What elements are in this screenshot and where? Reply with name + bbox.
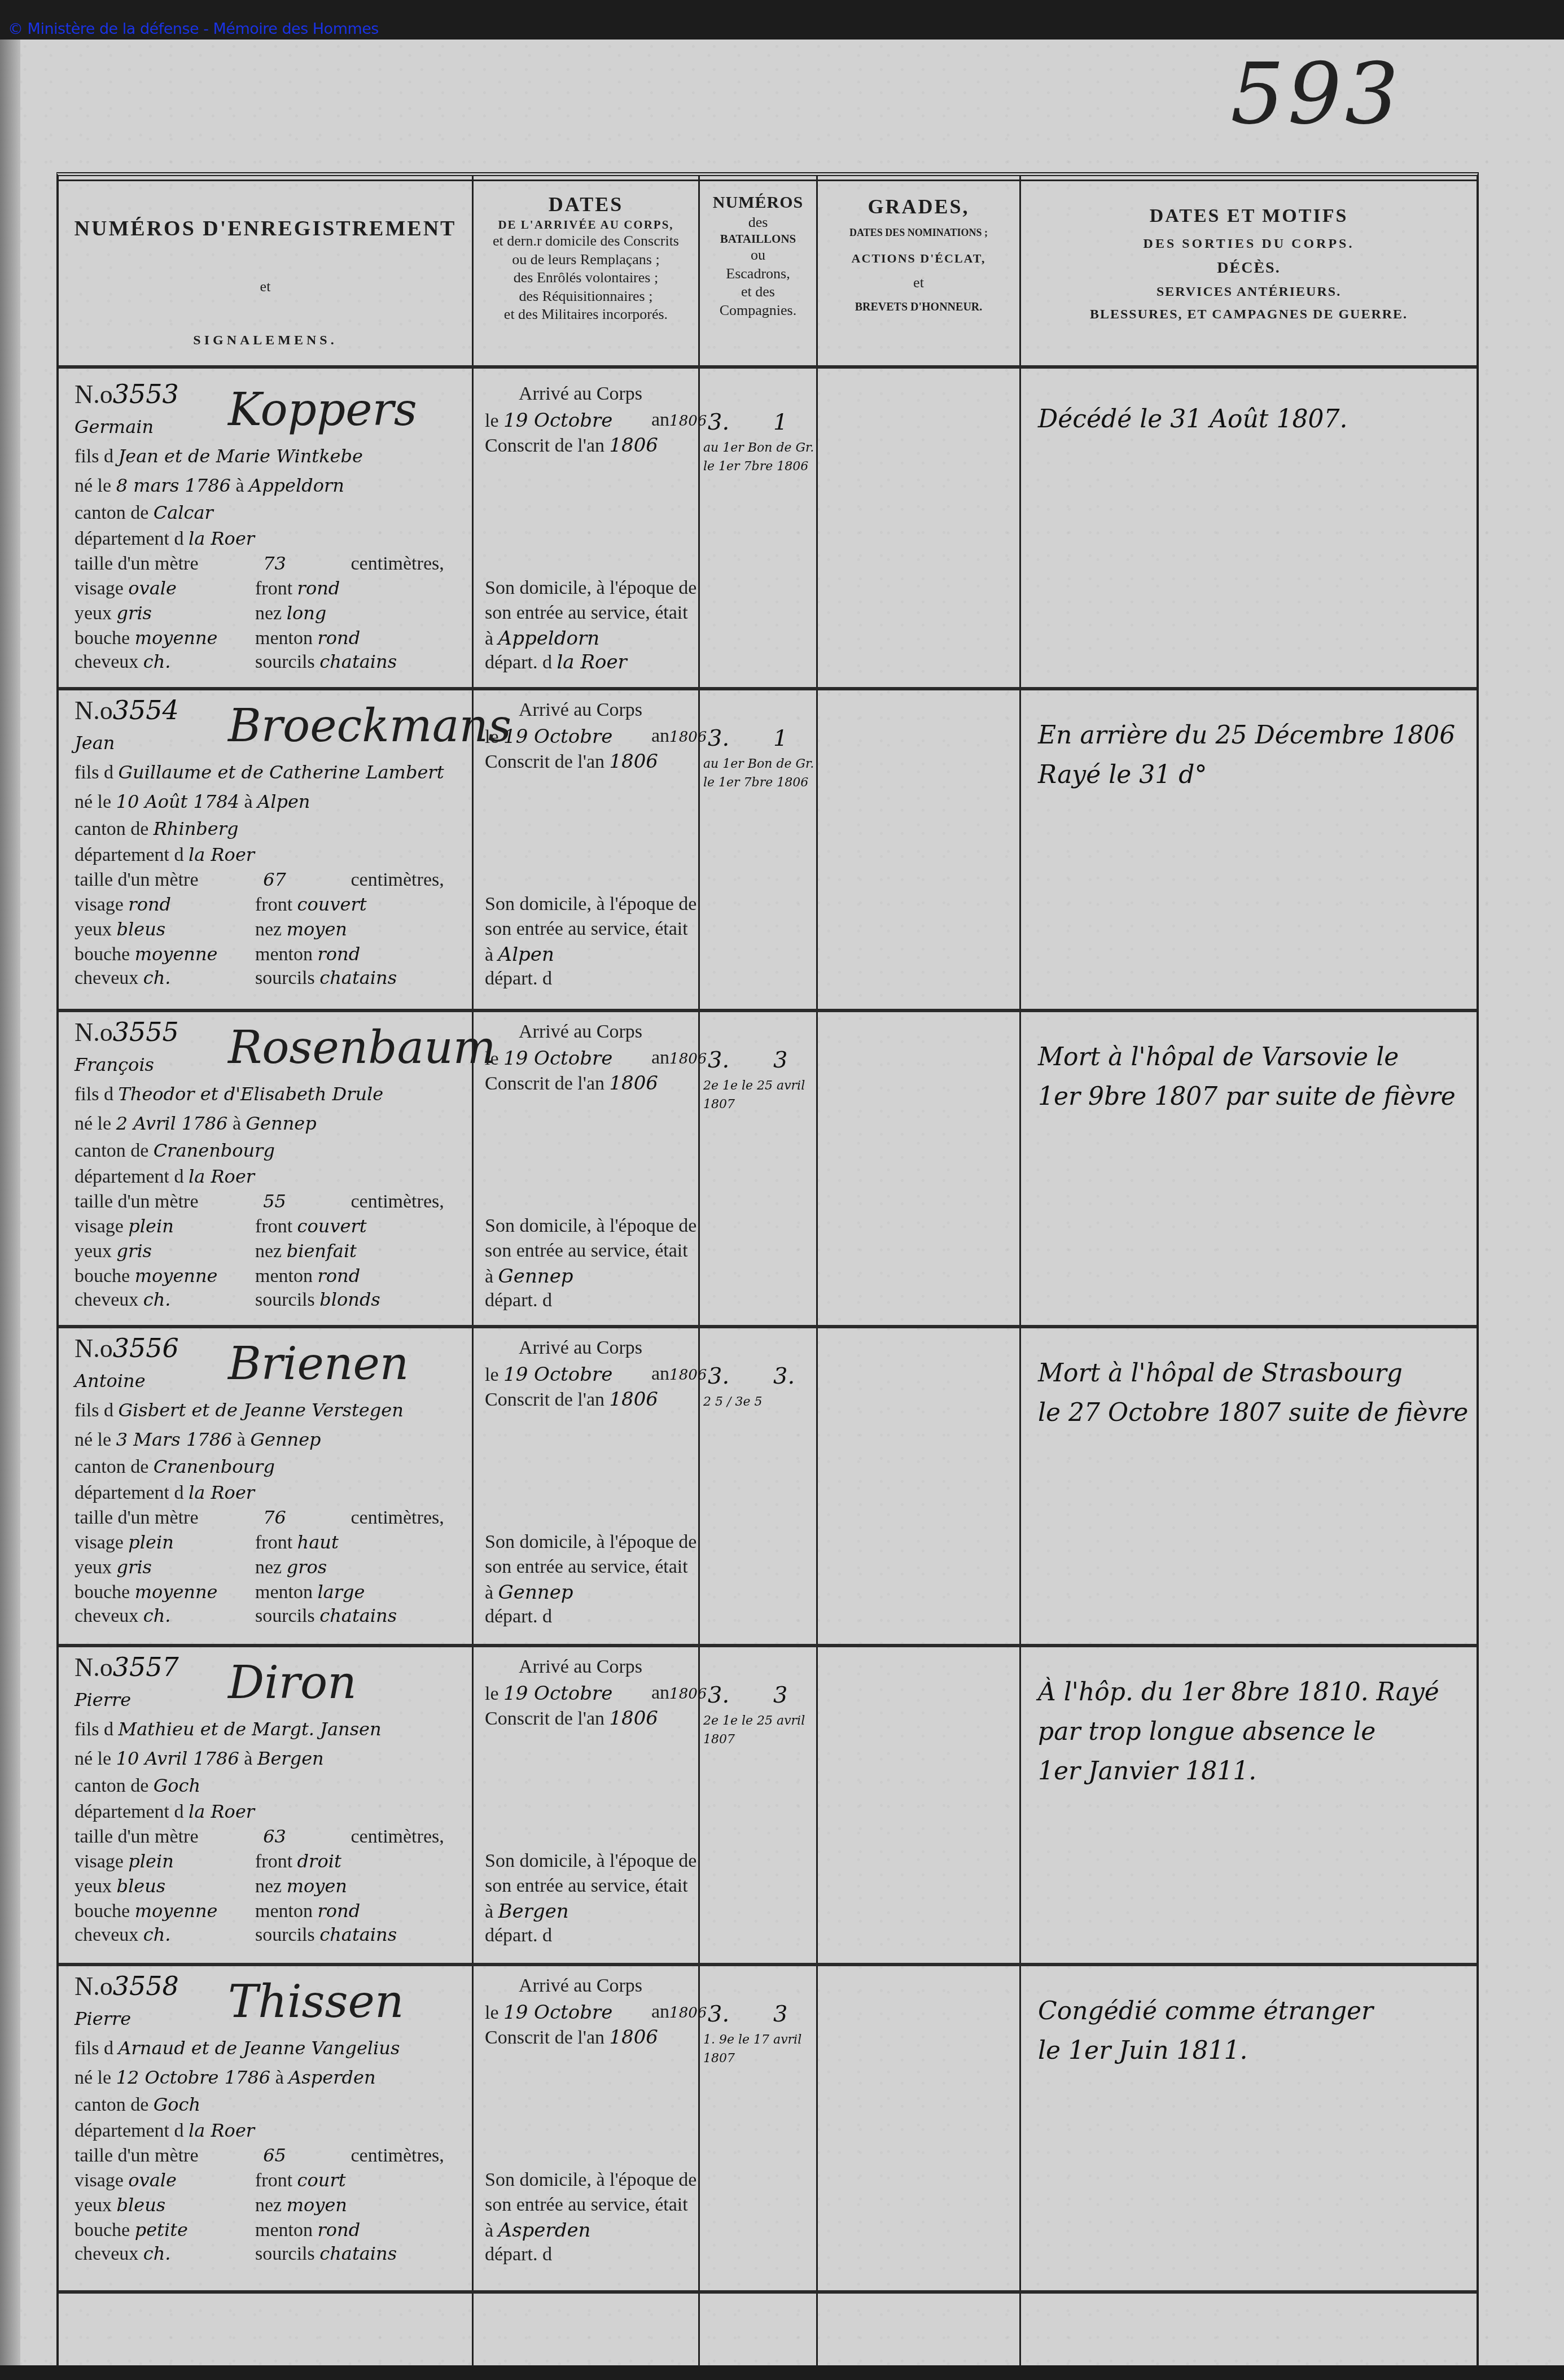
arrival-date: le 19 Octobrean1806	[485, 2001, 612, 2024]
arrival-dates-cell: Arrivé au Corps le 19 Octobrean1806 Cons…	[474, 1963, 698, 2290]
registration-number: N.o3553	[75, 379, 179, 409]
signalement-cell: N.o3557 Diron Pierre fils d Mathieu et d…	[59, 1644, 472, 1963]
exit-note-line: Congédié comme étranger	[1038, 1997, 1373, 2025]
departement-line: département d la Roer	[75, 844, 255, 866]
grades-cell	[818, 371, 1019, 687]
domicile-label-2: son entrée au service, était	[485, 2194, 688, 2216]
header-text: SERVICES ANTÉRIEURS.	[1021, 283, 1477, 300]
header-title: DATES ET MOTIFS	[1021, 204, 1477, 229]
arrival-label: Arrivé au Corps	[519, 699, 642, 721]
first-name: Pierre	[75, 2008, 131, 2029]
bouche-menton-line: bouche moyennementon rond	[75, 1900, 458, 1922]
exit-note-line: Décédé le 31 Août 1807.	[1038, 405, 1348, 434]
exit-note-line: En arrière du 25 Décembre 1806	[1038, 721, 1455, 750]
header-text: ou	[700, 246, 816, 265]
canton-line: canton de Goch	[75, 2094, 200, 2116]
company-number: 3	[773, 2001, 787, 2027]
canton-line: canton de Cranenbourg	[75, 1140, 275, 1162]
grades-cell	[818, 687, 1019, 1009]
birth-line: né le 10 Avril 1786 à Bergen	[75, 1748, 324, 1770]
yeux-nez-line: yeux grisnez gros	[75, 1556, 458, 1578]
parents-line: fils d Jean et de Marie Wintkebe	[75, 445, 363, 467]
yeux-nez-line: yeux grisnez long	[75, 602, 458, 624]
birth-line: né le 8 mars 1786 à Appeldorn	[75, 475, 344, 497]
header-text: Escadrons,	[700, 265, 816, 283]
header-col-exit: DATES ET MOTIFS DES SORTIES DU CORPS. DÉ…	[1021, 182, 1477, 365]
signalement-cell: N.o3553 Koppers Germain fils d Jean et d…	[59, 371, 472, 687]
copyright-watermark: © Ministère de la défense - Mémoire des …	[8, 20, 379, 38]
registration-number: N.o3555	[75, 1017, 179, 1047]
first-name: Antoine	[75, 1370, 146, 1392]
departement-line: département d la Roer	[75, 1482, 255, 1504]
arrival-label: Arrivé au Corps	[519, 1656, 642, 1678]
header-col-dates: DATES DE L'ARRIVÉE AU CORPS, et dern.r d…	[474, 182, 698, 365]
header-text: et des	[700, 283, 816, 301]
canton-line: canton de Cranenbourg	[75, 1456, 275, 1478]
header-title: DATES	[474, 192, 698, 217]
cheveux-sourcils-line: cheveux ch.sourcils chatains	[75, 2243, 458, 2265]
domicile-place: à Gennep	[485, 1581, 573, 1604]
battalion-number: 3.	[708, 409, 729, 435]
cheveux-sourcils-line: cheveux ch.sourcils chatains	[75, 967, 458, 989]
header-text: DES SORTIES DU CORPS.	[1021, 235, 1477, 252]
conscript-year: Conscrit de l'an 1806	[485, 750, 658, 773]
height-line: taille d'un mètre67centimètres,	[75, 869, 444, 891]
domicile-label-1: Son domicile, à l'époque de	[485, 1532, 696, 1553]
domicile-label-2: son entrée au service, était	[485, 602, 688, 624]
exit-motives-cell: Mort à l'hôpal de Strasbourg le 27 Octob…	[1021, 1325, 1477, 1644]
exit-note-line: par trop longue absence le	[1038, 1717, 1375, 1746]
register-entry: N.o3557 Diron Pierre fils d Mathieu et d…	[59, 1644, 1477, 1966]
registration-number: N.o3556	[75, 1333, 179, 1363]
header-text: et	[818, 274, 1019, 292]
domicile-dept: départ. d	[485, 1605, 552, 1628]
exit-note-line: 1er Janvier 1811.	[1038, 1757, 1256, 1786]
battalion-number: 3.	[708, 1682, 729, 1708]
arrival-date: le 19 Octobrean1806	[485, 725, 612, 748]
battalion-number: 3.	[708, 2001, 729, 2027]
parents-line: fils d Theodor et d'Elisabeth Drule	[75, 1083, 383, 1105]
domicile-place: à Bergen	[485, 1900, 569, 1923]
domicile-dept: départ. d	[485, 1924, 552, 1946]
visage-front-line: visage rondfront couvert	[75, 894, 458, 916]
unit-transfer-note: 2 5 / 3e 5	[703, 1393, 816, 1411]
unit-transfer-note: au 1er Bon de Gr. le 1er 7bre 1806	[703, 439, 816, 476]
domicile-dept: départ. d	[485, 2243, 552, 2265]
exit-motives-cell: En arrière du 25 Décembre 1806 Rayé le 3…	[1021, 687, 1477, 1009]
signalement-cell: N.o3554 Broeckmans Jean fils d Guillaume…	[59, 687, 472, 1009]
exit-motives-cell: Décédé le 31 Août 1807.	[1021, 371, 1477, 687]
birth-line: né le 10 Août 1784 à Alpen	[75, 791, 310, 813]
exit-motives-cell: À l'hôp. du 1er 8bre 1810. Rayé par trop…	[1021, 1644, 1477, 1963]
unit-transfer-note: 2e 1e le 25 avril 1807	[703, 1712, 816, 1749]
folio-number: 593	[1230, 45, 1402, 143]
arrival-date: le 19 Octobrean1806	[485, 1363, 612, 1386]
height-line: taille d'un mètre76centimètres,	[75, 1507, 444, 1529]
company-number: 1	[773, 725, 787, 751]
grades-cell	[818, 1644, 1019, 1963]
battalion-cell: 3. 1 au 1er Bon de Gr. le 1er 7bre 1806	[700, 687, 816, 1009]
register-entry: N.o3554 Broeckmans Jean fils d Guillaume…	[59, 687, 1477, 1012]
arrival-dates-cell: Arrivé au Corps le 19 Octobrean1806 Cons…	[474, 1644, 698, 1963]
header-text: BREVETS D'HONNEUR.	[818, 300, 1019, 314]
exit-note-line: À l'hôp. du 1er 8bre 1810. Rayé	[1038, 1678, 1439, 1707]
domicile-label-2: son entrée au service, était	[485, 1240, 688, 1262]
header-col-grades: GRADES, DATES DES NOMINATIONS ; ACTIONS …	[818, 182, 1019, 365]
arrival-dates-cell: Arrivé au Corps le 19 Octobrean1806 Cons…	[474, 687, 698, 1009]
register-entry: N.o3555 Rosenbaum François fils d Theodo…	[59, 1009, 1477, 1328]
cheveux-sourcils-line: cheveux ch.sourcils chatains	[75, 1605, 458, 1627]
domicile-label-1: Son domicile, à l'époque de	[485, 577, 696, 599]
header-title: NUMÉROS	[700, 192, 816, 213]
arrival-date: le 19 Octobrean1806	[485, 409, 612, 432]
exit-note-line: le 1er Juin 1811.	[1038, 2036, 1248, 2065]
domicile-label-2: son entrée au service, était	[485, 1875, 688, 1897]
header-title: GRADES,	[818, 194, 1019, 220]
company-number: 1	[773, 409, 787, 435]
visage-front-line: visage pleinfront haut	[75, 1532, 458, 1554]
battalion-cell: 3. 3 1. 9e le 17 avril 1807	[700, 1963, 816, 2290]
header-text: ACTIONS D'ÉCLAT,	[818, 251, 1019, 266]
arrival-dates-cell: Arrivé au Corps le 19 Octobrean1806 Cons…	[474, 371, 698, 687]
exit-note-line: 1er 9bre 1807 par suite de fièvre	[1038, 1082, 1456, 1111]
header-text: et	[59, 278, 472, 296]
register-entry: N.o3556 Brienen Antoine fils d Gisbert e…	[59, 1325, 1477, 1647]
header-text: DE L'ARRIVÉE AU CORPS,	[474, 217, 698, 232]
yeux-nez-line: yeux bleusnez moyen	[75, 918, 458, 940]
battalion-cell: 3. 3 2e 1e le 25 avril 1807	[700, 1644, 816, 1963]
yeux-nez-line: yeux bleusnez moyen	[75, 2194, 458, 2216]
first-name: Pierre	[75, 1689, 131, 1710]
register-entry: N.o3558 Thissen Pierre fils d Arnaud et …	[59, 1963, 1477, 2294]
parents-line: fils d Mathieu et de Margt. Jansen	[75, 1718, 382, 1740]
battalion-cell: 3. 1 au 1er Bon de Gr. le 1er 7bre 1806	[700, 371, 816, 687]
arrival-label: Arrivé au Corps	[519, 383, 642, 405]
canton-line: canton de Calcar	[75, 502, 213, 524]
cheveux-sourcils-line: cheveux ch.sourcils blonds	[75, 1289, 458, 1311]
header-text: Compagnies.	[700, 301, 816, 320]
height-line: taille d'un mètre65centimètres,	[75, 2145, 444, 2167]
domicile-label-1: Son domicile, à l'époque de	[485, 1850, 696, 1872]
arrival-date: le 19 Octobrean1806	[485, 1682, 612, 1705]
canton-line: canton de Rhinberg	[75, 818, 238, 840]
surname: Broeckmans	[228, 699, 511, 752]
domicile-dept: départ. d la Roer	[485, 651, 627, 673]
first-name: Jean	[75, 732, 115, 754]
domicile-dept: départ. d	[485, 967, 552, 990]
exit-motives-cell: Congédié comme étranger le 1er Juin 1811…	[1021, 1963, 1477, 2290]
departement-line: département d la Roer	[75, 2120, 255, 2142]
arrival-date: le 19 Octobrean1806	[485, 1047, 612, 1070]
battalion-number: 3.	[708, 725, 729, 751]
arrival-dates-cell: Arrivé au Corps le 19 Octobrean1806 Cons…	[474, 1009, 698, 1325]
grades-cell	[818, 1325, 1019, 1644]
bouche-menton-line: bouche moyennementon rond	[75, 943, 458, 965]
surname: Thissen	[228, 1975, 404, 2028]
domicile-label-2: son entrée au service, était	[485, 918, 688, 940]
exit-note-line: le 27 Octobre 1807 suite de fièvre	[1038, 1398, 1468, 1427]
conscript-year: Conscrit de l'an 1806	[485, 434, 658, 457]
header-title: NUMÉROS D'ENREGISTREMENT	[59, 216, 472, 243]
grades-cell	[818, 1009, 1019, 1325]
cheveux-sourcils-line: cheveux ch.sourcils chatains	[75, 651, 458, 673]
registration-number: N.o3558	[75, 1971, 179, 2001]
first-name: François	[75, 1054, 154, 1075]
signalement-cell: N.o3558 Thissen Pierre fils d Arnaud et …	[59, 1963, 472, 2290]
conscript-year: Conscrit de l'an 1806	[485, 1707, 658, 1730]
unit-transfer-note: 2e 1e le 25 avril 1807	[703, 1077, 816, 1114]
height-line: taille d'un mètre55centimètres,	[75, 1191, 444, 1213]
header-text: des Enrôlés volontaires ;	[474, 269, 698, 287]
canton-line: canton de Goch	[75, 1775, 200, 1797]
parents-line: fils d Arnaud et de Jeanne Vangelius	[75, 2037, 400, 2059]
visage-front-line: visage ovalefront court	[75, 2169, 458, 2191]
register-entry: N.o3553 Koppers Germain fils d Jean et d…	[59, 371, 1477, 690]
header-text: DÉCÈS.	[1021, 258, 1477, 278]
conscript-year: Conscrit de l'an 1806	[485, 2026, 658, 2049]
arrival-label: Arrivé au Corps	[519, 1021, 642, 1043]
parents-line: fils d Gisbert et de Jeanne Verstegen	[75, 1399, 404, 1421]
domicile-label-2: son entrée au service, était	[485, 1556, 688, 1578]
signalement-cell: N.o3555 Rosenbaum François fils d Theodo…	[59, 1009, 472, 1325]
height-line: taille d'un mètre63centimètres,	[75, 1826, 444, 1848]
yeux-nez-line: yeux grisnez bienfait	[75, 1240, 458, 1262]
cheveux-sourcils-line: cheveux ch.sourcils chatains	[75, 1924, 458, 1946]
surname: Koppers	[228, 383, 417, 436]
parents-line: fils d Guillaume et de Catherine Lambert	[75, 762, 444, 784]
birth-line: né le 3 Mars 1786 à Gennep	[75, 1429, 321, 1451]
surname: Diron	[228, 1656, 357, 1709]
register-page: 593 NUMÉROS D'ENREGISTREMENT et SIGNALEM…	[0, 40, 1564, 2365]
first-name: Germain	[75, 416, 154, 438]
bouche-menton-line: bouche moyennementon rond	[75, 1265, 458, 1287]
header-col-registration: NUMÉROS D'ENREGISTREMENT et SIGNALEMENS.	[59, 182, 472, 365]
arrival-dates-cell: Arrivé au Corps le 19 Octobrean1806 Cons…	[474, 1325, 698, 1644]
bouche-menton-line: bouche petitementon rond	[75, 2219, 458, 2241]
domicile-dept: départ. d	[485, 1289, 552, 1311]
table-header: NUMÉROS D'ENREGISTREMENT et SIGNALEMENS.…	[59, 182, 1477, 369]
battalion-cell: 3. 3 2e 1e le 25 avril 1807	[700, 1009, 816, 1325]
header-text: et des Militaires incorporés.	[474, 305, 698, 324]
unit-transfer-note: 1. 9e le 17 avril 1807	[703, 2031, 816, 2068]
header-text: DATES DES NOMINATIONS ;	[818, 226, 1019, 239]
domicile-label-1: Son domicile, à l'époque de	[485, 1215, 696, 1237]
header-col-battalions: NUMÉROS des BATAILLONS ou Escadrons, et …	[700, 182, 816, 365]
bouche-menton-line: bouche moyennementon rond	[75, 627, 458, 649]
registration-number: N.o3554	[75, 695, 179, 725]
domicile-label-1: Son domicile, à l'époque de	[485, 894, 696, 915]
conscript-year: Conscrit de l'an 1806	[485, 1388, 658, 1411]
header-text: des Réquisitionnaires ;	[474, 287, 698, 306]
unit-transfer-note: au 1er Bon de Gr. le 1er 7bre 1806	[703, 755, 816, 792]
battalion-number: 3.	[708, 1047, 729, 1073]
registration-number: N.o3557	[75, 1652, 179, 1682]
conscript-year: Conscrit de l'an 1806	[485, 1072, 658, 1095]
signalement-cell: N.o3556 Brienen Antoine fils d Gisbert e…	[59, 1325, 472, 1644]
surname: Brienen	[228, 1337, 409, 1390]
header-text: et dern.r domicile des Conscrits	[474, 232, 698, 251]
height-line: taille d'un mètre73centimètres,	[75, 553, 444, 575]
visage-front-line: visage ovalefront rond	[75, 577, 458, 600]
departement-line: département d la Roer	[75, 1166, 255, 1188]
company-number: 3	[773, 1047, 787, 1073]
company-number: 3	[773, 1682, 787, 1708]
domicile-place: à Alpen	[485, 943, 554, 966]
exit-motives-cell: Mort à l'hôpal de Varsovie le 1er 9bre 1…	[1021, 1009, 1477, 1325]
grades-cell	[818, 1963, 1019, 2290]
exit-note-line: Mort à l'hôpal de Varsovie le	[1038, 1043, 1399, 1071]
register-table: NUMÉROS D'ENREGISTREMENT et SIGNALEMENS.…	[56, 172, 1479, 2366]
departement-line: département d la Roer	[75, 1801, 255, 1823]
bouche-menton-line: bouche moyennementon large	[75, 1581, 458, 1603]
birth-line: né le 2 Avril 1786 à Gennep	[75, 1113, 317, 1135]
arrival-label: Arrivé au Corps	[519, 1337, 642, 1359]
visage-front-line: visage pleinfront droit	[75, 1850, 458, 1873]
exit-note-line: Mort à l'hôpal de Strasbourg	[1038, 1359, 1403, 1388]
header-text: des	[700, 213, 816, 232]
domicile-label-1: Son domicile, à l'époque de	[485, 2169, 696, 2191]
yeux-nez-line: yeux bleusnez moyen	[75, 1875, 458, 1897]
exit-note-line: Rayé le 31 d°	[1038, 760, 1207, 789]
arrival-label: Arrivé au Corps	[519, 1975, 642, 1997]
birth-line: né le 12 Octobre 1786 à Asperden	[75, 2067, 376, 2089]
header-text: BLESSURES, ET CAMPAGNES DE GUERRE.	[1021, 306, 1477, 323]
domicile-place: à Gennep	[485, 1265, 573, 1288]
surname: Rosenbaum	[228, 1021, 496, 1074]
visage-front-line: visage pleinfront couvert	[75, 1215, 458, 1237]
header-text: BATAILLONS	[700, 231, 816, 246]
battalion-cell: 3. 3. 2 5 / 3e 5	[700, 1325, 816, 1644]
header-subtitle: SIGNALEMENS.	[59, 332, 472, 349]
domicile-place: à Appeldorn	[485, 627, 599, 650]
domicile-place: à Asperden	[485, 2219, 591, 2242]
battalion-number: 3.	[708, 1363, 729, 1389]
company-number: 3.	[773, 1363, 795, 1389]
header-text: ou de leurs Remplaçans ;	[474, 251, 698, 269]
departement-line: département d la Roer	[75, 528, 255, 550]
